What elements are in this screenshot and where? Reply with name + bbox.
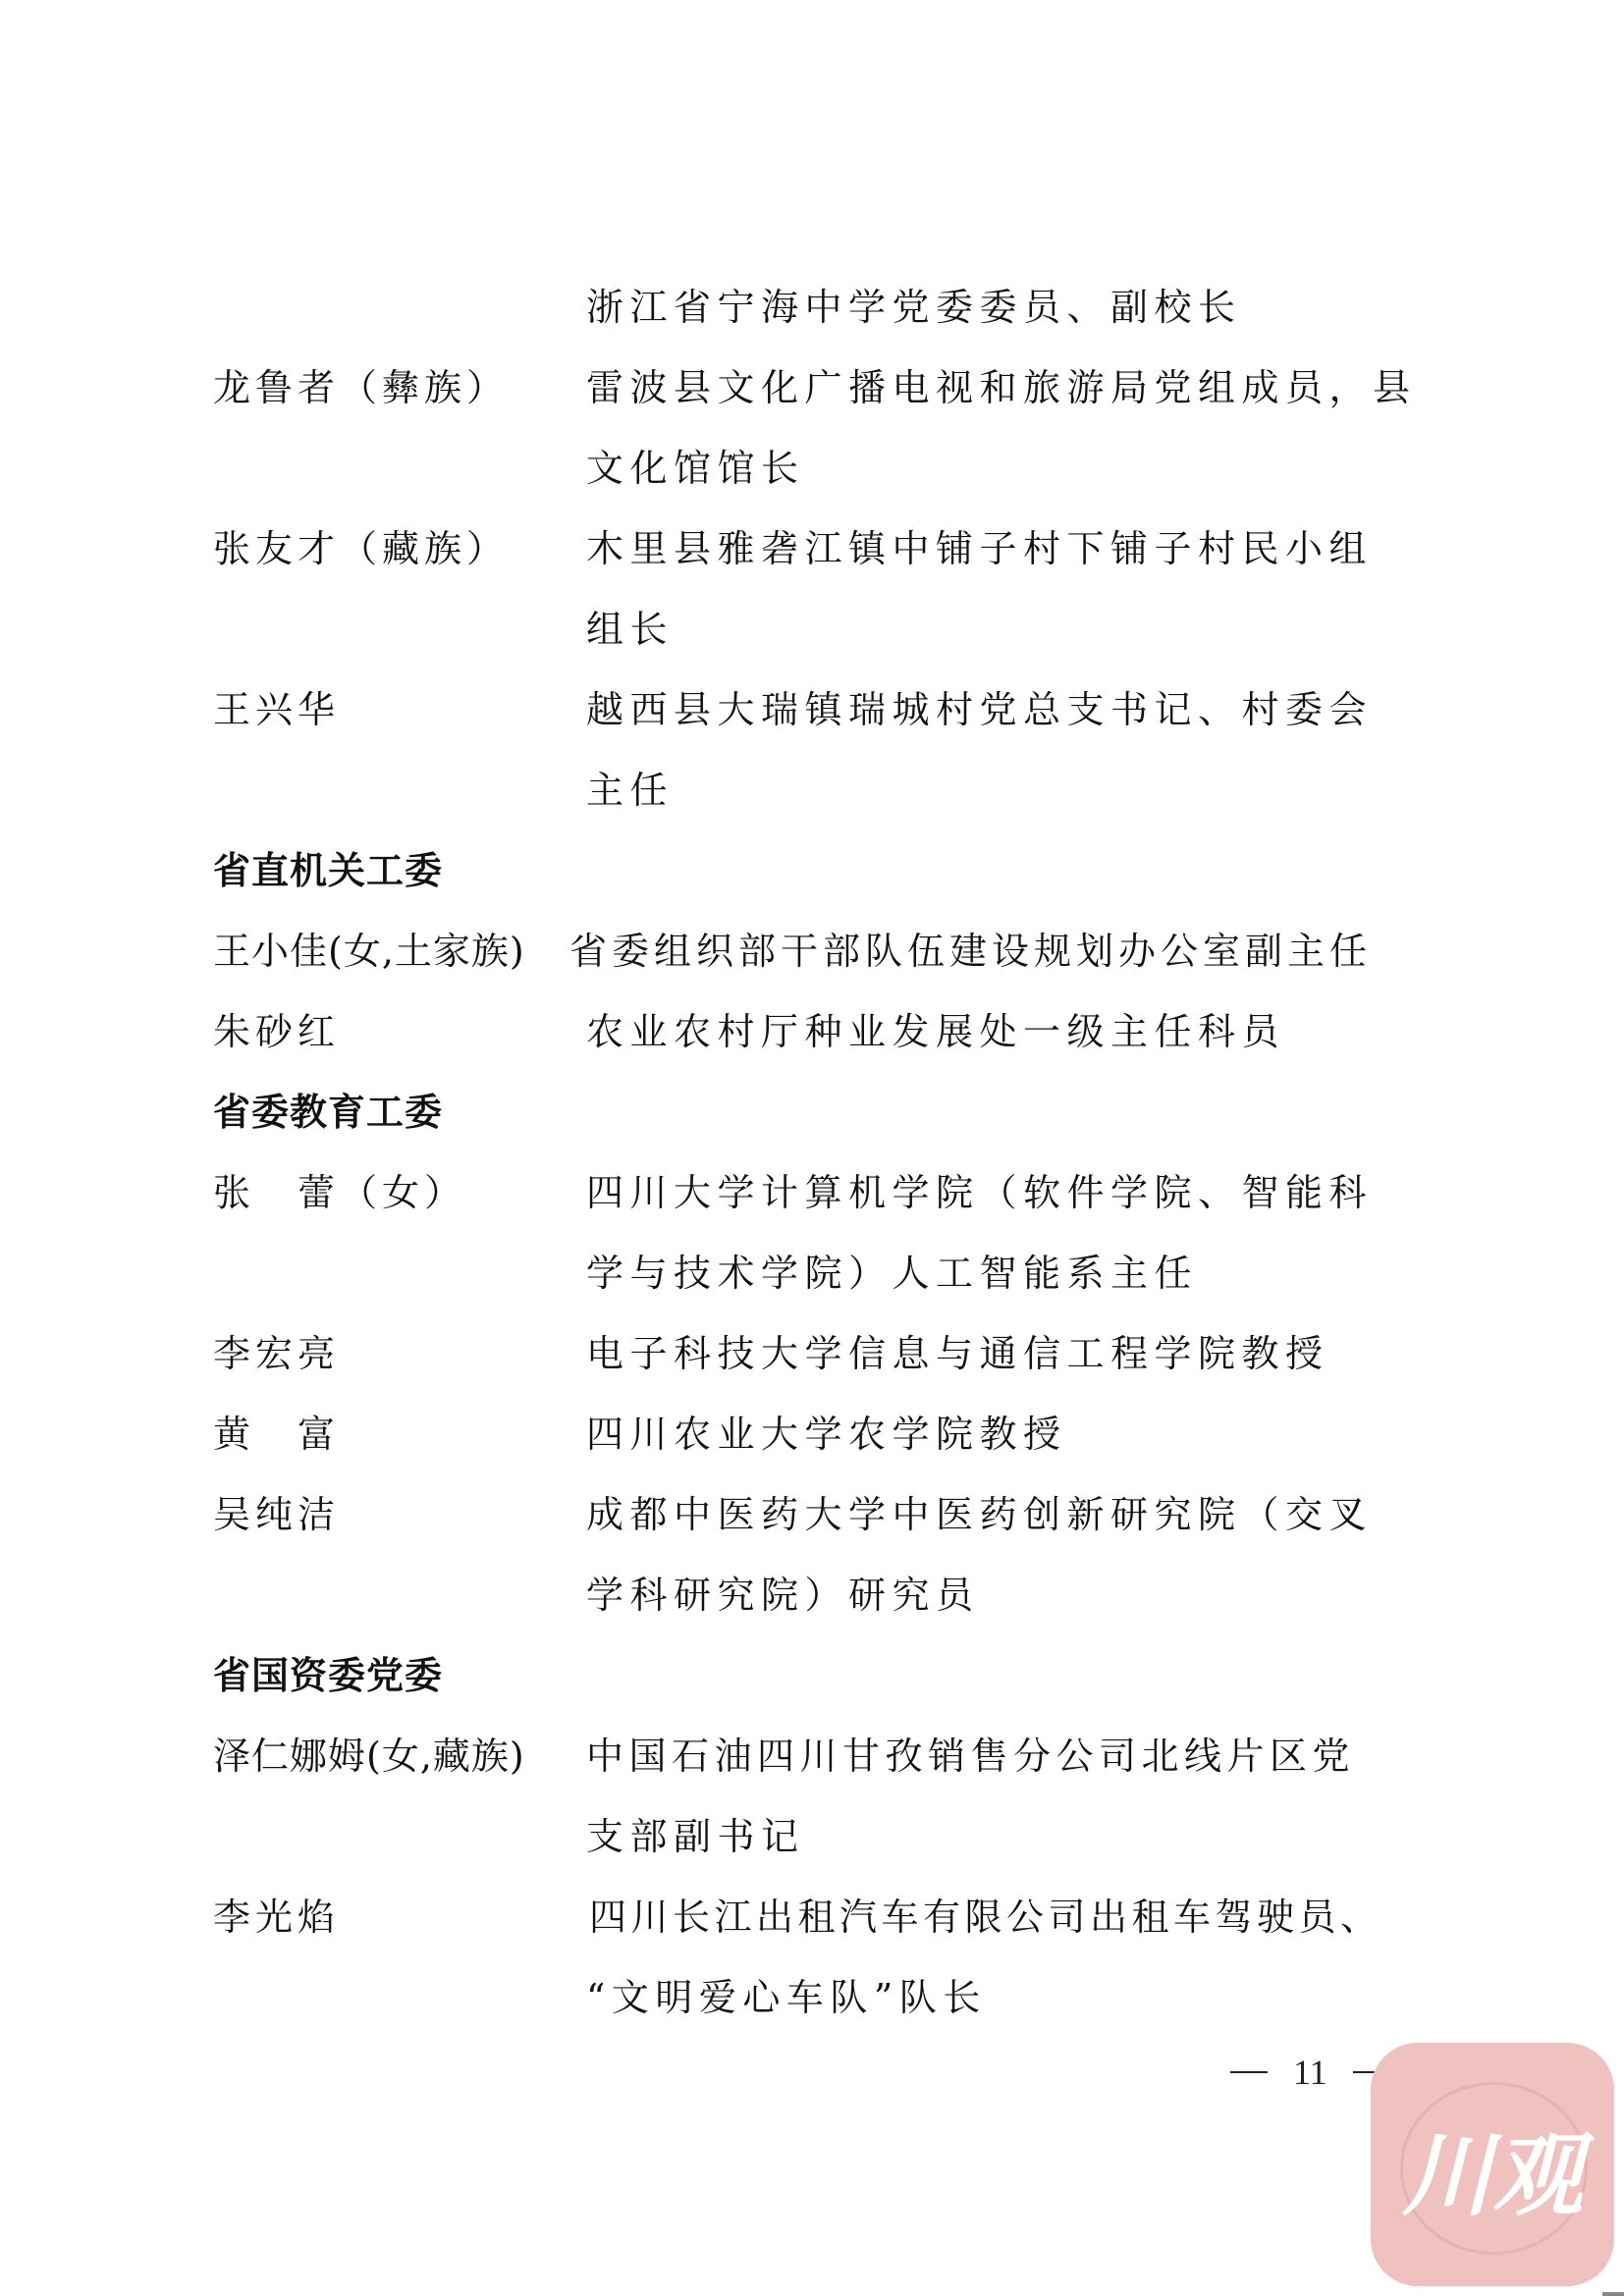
- member-title: 成都中医药大学中医药创新研究院（交叉: [586, 1474, 1373, 1555]
- document-page: 浙江省宁海中学党委委员、副校长 龙鲁者（彝族） 雷波县文化广播电视和旅游局党组成…: [0, 0, 1624, 2296]
- list-item: 张 蕾（女） 四川大学计算机学院（软件学院、智能科 学与技术学院）人工智能系主任: [213, 1152, 1421, 1313]
- watermark-label: 川观: [1371, 2104, 1614, 2233]
- section-header: 省委教育工委: [213, 1072, 1421, 1152]
- list-item: 朱砂红 农业农村厅种业发展处一级主任科员: [213, 991, 1421, 1072]
- member-title-continued: “文明爱心车队”队长: [586, 1957, 987, 2038]
- section-header: 省国资委党委: [213, 1635, 1421, 1716]
- list-item: 龙鲁者（彝族） 雷波县文化广播电视和旅游局党组成员，县 文化馆馆长: [213, 347, 1421, 508]
- page-number: 11: [1230, 2052, 1390, 2093]
- member-name: 朱砂红: [213, 991, 340, 1072]
- list-item: 泽仁娜姆(女,藏族) 中国石油四川甘孜销售分公司北线片区党 支部副书记: [213, 1716, 1421, 1877]
- page-number-value: 11: [1293, 2052, 1327, 2093]
- dash-left: [1230, 2071, 1268, 2073]
- corner-mark: [1602, 2292, 1624, 2296]
- list-item: 王兴华 越西县大瑞镇瑞城村党总支书记、村委会 主任: [213, 669, 1421, 830]
- member-title-continued: 学与技术学院）人工智能系主任: [586, 1233, 1198, 1313]
- member-list: 浙江省宁海中学党委委员、副校长 龙鲁者（彝族） 雷波县文化广播电视和旅游局党组成…: [213, 267, 1421, 2038]
- list-item: 王小佳(女,土家族) 省委组织部干部队伍建设规划办公室副主任: [213, 911, 1421, 991]
- member-name: 龙鲁者（彝族）: [213, 347, 509, 428]
- member-title: 四川长江出租汽车有限公司出租车驾驶员、: [589, 1877, 1382, 1957]
- member-name: 黄 富: [213, 1394, 340, 1474]
- member-title: 中国石油四川甘孜销售分公司北线片区党: [586, 1716, 1355, 1796]
- member-title-continued: 主任: [586, 750, 674, 830]
- member-title: 木里县雅砻江镇中铺子村下铺子村民小组: [586, 508, 1373, 589]
- member-title: 四川农业大学农学院教授: [586, 1394, 1067, 1474]
- list-item: 黄 富 四川农业大学农学院教授: [213, 1394, 1421, 1474]
- member-title: 越西县大瑞镇瑞城村党总支书记、村委会: [586, 669, 1373, 750]
- member-title-continued: 文化馆馆长: [586, 428, 805, 508]
- watermark-logo: 川观: [1371, 2043, 1614, 2286]
- list-item: 吴纯洁 成都中医药大学中医药创新研究院（交叉 学科研究院）研究员: [213, 1474, 1421, 1635]
- member-name: 张 蕾（女）: [213, 1152, 466, 1233]
- member-title: 四川大学计算机学院（软件学院、智能科: [586, 1152, 1373, 1233]
- list-item: 张友才（藏族） 木里县雅砻江镇中铺子村下铺子村民小组 组长: [213, 508, 1421, 669]
- member-title-continued: 组长: [586, 589, 674, 669]
- member-name: 吴纯洁: [213, 1474, 340, 1555]
- member-title: 浙江省宁海中学党委委员、副校长: [586, 267, 1242, 347]
- member-title: 省委组织部干部队伍建设规划办公室副主任: [569, 911, 1372, 991]
- member-title: 电子科技大学信息与通信工程学院教授: [586, 1313, 1329, 1394]
- member-name: 王小佳(女,土家族): [213, 911, 525, 991]
- member-name: 李光焰: [213, 1877, 340, 1957]
- member-title-continued: 学科研究院）研究员: [586, 1555, 980, 1635]
- member-name: 王兴华: [213, 669, 340, 750]
- list-item: 李光焰 四川长江出租汽车有限公司出租车驾驶员、 “文明爱心车队”队长: [213, 1877, 1421, 2038]
- member-name: 泽仁娜姆(女,藏族): [213, 1716, 525, 1796]
- section-header: 省直机关工委: [213, 830, 1421, 911]
- member-title-continued: 支部副书记: [586, 1796, 805, 1877]
- member-title: 农业农村厅种业发展处一级主任科员: [586, 991, 1285, 1072]
- member-name: 李宏亮: [213, 1313, 340, 1394]
- list-item: 浙江省宁海中学党委委员、副校长: [213, 267, 1421, 347]
- member-name: 张友才（藏族）: [213, 508, 509, 589]
- member-title: 雷波县文化广播电视和旅游局党组成员，县: [586, 347, 1417, 428]
- list-item: 李宏亮 电子科技大学信息与通信工程学院教授: [213, 1313, 1421, 1394]
